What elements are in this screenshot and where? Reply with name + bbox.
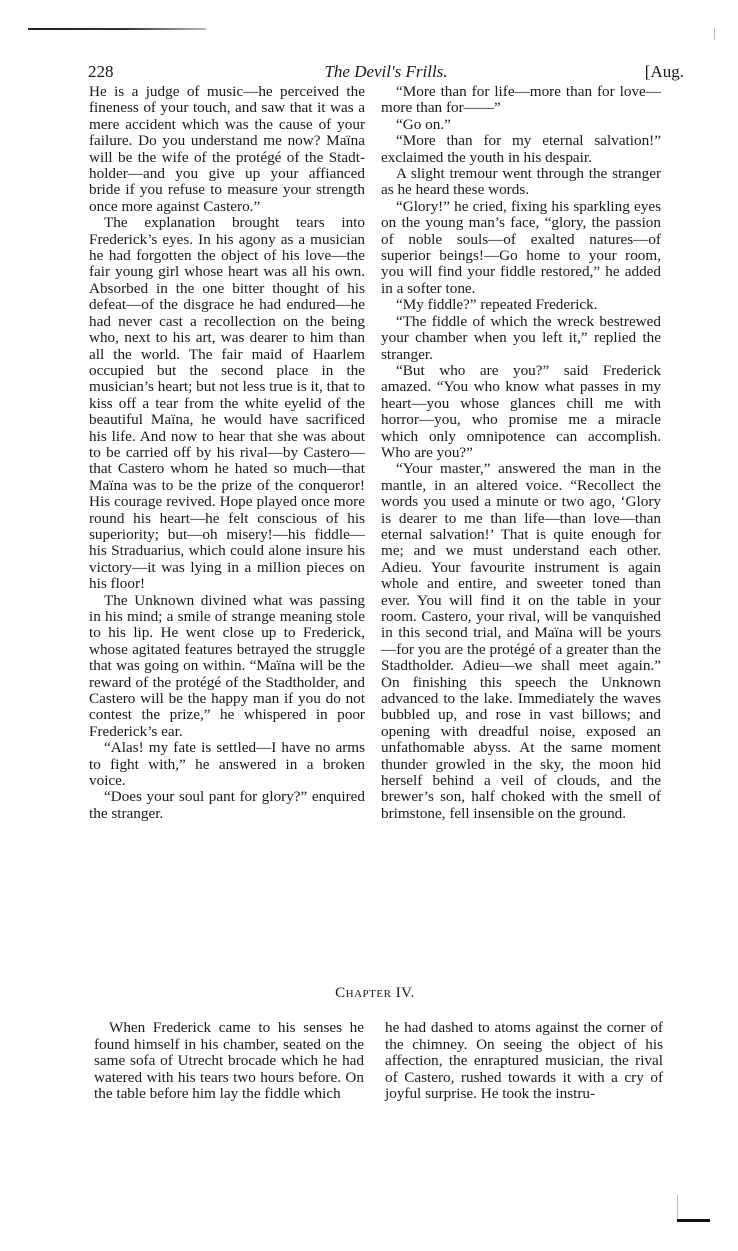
chapter-left-column: When Frederick came to his senses he fou… (94, 1020, 364, 1103)
paragraph: He is a judge of music—he perceived the … (89, 84, 365, 215)
paragraph: “But who are you?” said Frederick amazed… (381, 363, 661, 461)
right-column: “More than for life—more than for love—m… (381, 84, 661, 822)
paragraph: When Frederick came to his senses he fou… (94, 1020, 364, 1103)
paragraph: “The fiddle of which the wreck be­strewe… (381, 314, 661, 363)
paragraph: The explanation brought tears into Frede… (89, 215, 365, 592)
left-column: He is a judge of music—he perceived the … (89, 84, 365, 822)
crop-mark (677, 1219, 710, 1222)
issue-month: [Aug. (645, 62, 684, 82)
paragraph: “Alas! my fate is settled—I have no arms… (89, 740, 365, 789)
paragraph: “Does your soul pant for glory?” enquire… (89, 789, 365, 822)
paragraph: he had dashed to atoms against the corne… (385, 1020, 663, 1103)
paragraph: “More than for my eternal salva­tion!” e… (381, 133, 661, 166)
chapter-right-column: he had dashed to atoms against the corne… (385, 1020, 663, 1103)
running-header: 228 The Devil's Frills. [Aug. (88, 62, 684, 82)
paragraph: “Go on.” (381, 117, 661, 133)
chapter-heading: Chapter IV. (89, 985, 661, 1002)
top-rule-divider (28, 28, 206, 30)
running-title: The Devil's Frills. (88, 62, 684, 82)
paragraph: “Glory!” he cried, fixing his spark­ling… (381, 199, 661, 297)
margin-mark (714, 28, 715, 40)
paragraph: “Your master,” answered the man in the m… (381, 461, 661, 822)
paragraph: “My fiddle?” repeated Frederick. (381, 297, 661, 313)
paragraph: A slight tremour went through the strang… (381, 166, 661, 199)
paragraph: The Unknown divined what was passing in … (89, 593, 365, 741)
crop-mark (677, 1195, 678, 1221)
paragraph: “More than for life—more than for love—m… (381, 84, 661, 117)
